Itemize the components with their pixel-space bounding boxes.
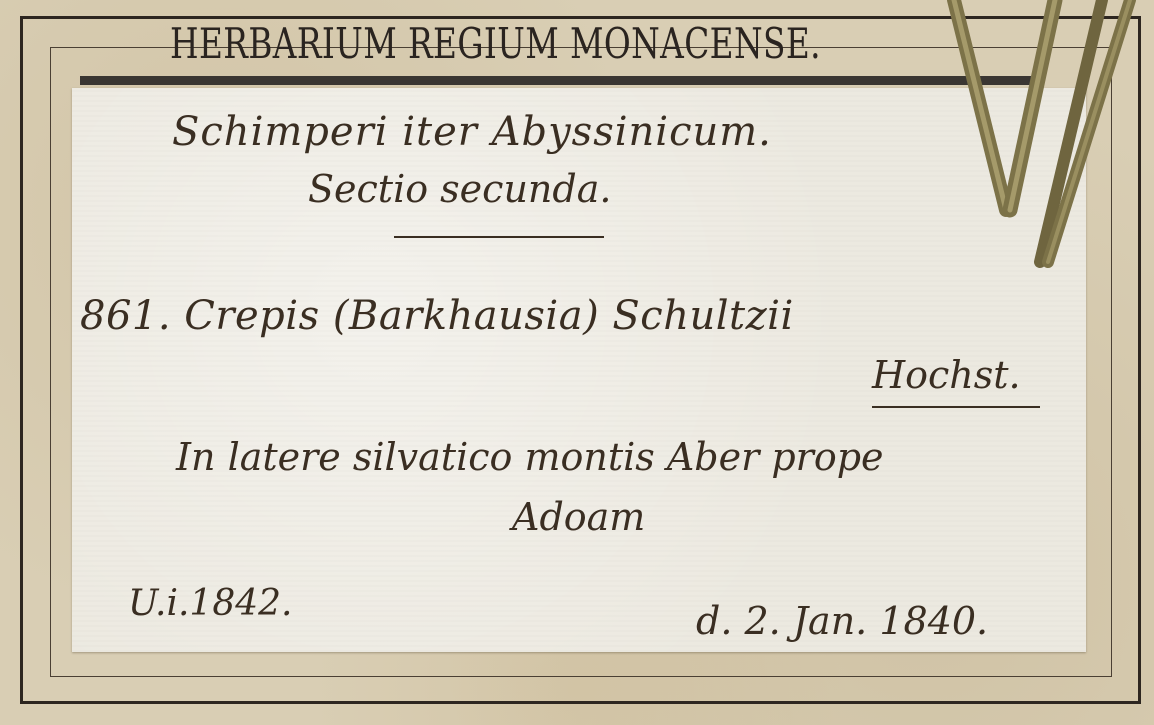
locality-line-2: Adoam bbox=[512, 498, 645, 536]
collection-date: d. 2. Jan. 1840. bbox=[696, 602, 988, 640]
herbarium-header-title: HERBARIUM REGIUM MONACENSE. bbox=[170, 20, 825, 68]
locality-line-1: In latere silvatico montis Aber prope bbox=[176, 438, 884, 476]
specimen-name: 861. Crepis (Barkhausia) Schultzii bbox=[80, 296, 794, 336]
collection-name: Schimperi iter Abyssinicum. bbox=[172, 112, 772, 152]
section-divider bbox=[394, 236, 604, 238]
section-name: Sectio secunda. bbox=[308, 170, 611, 208]
author-name: Hochst. bbox=[872, 356, 1021, 394]
grass-specimen-icon bbox=[930, 0, 1154, 280]
author-underline bbox=[872, 406, 1040, 408]
distribution-note: U.i.1842. bbox=[128, 586, 293, 622]
header-rule bbox=[80, 76, 1040, 85]
